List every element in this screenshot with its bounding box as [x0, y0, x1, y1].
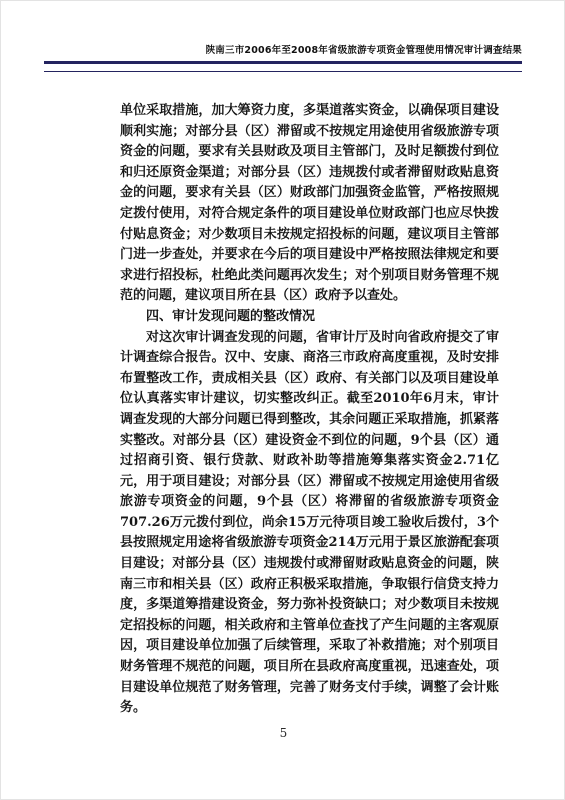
header-rule: [44, 61, 522, 72]
paragraph-audit-recommendations: 单位采取措施，加大筹资力度，多渠道落实资金，以确保项目建设顺利实施；对部分县（区…: [120, 101, 499, 307]
page-footer: 5: [1, 722, 565, 741]
document-page: 陕南三市2006年至2008年省级旅游专项资金管理使用情况审计调查结果 单位采取…: [0, 0, 565, 800]
running-head-title: 陕南三市2006年至2008年省级旅游专项资金管理使用情况审计调查结果: [44, 42, 522, 56]
page-number: 5: [280, 726, 288, 740]
paragraph-rectification-status: 对这次审计调查发现的问题，省审计厅及时向省政府提交了审计调查综合报告。汉中、安康…: [120, 328, 499, 719]
section-heading-rectification: 四、审计发现问题的整改情况: [120, 307, 499, 328]
document-body: 单位采取措施，加大筹资力度，多渠道落实资金，以确保项目建设顺利实施；对部分县（区…: [120, 101, 499, 719]
